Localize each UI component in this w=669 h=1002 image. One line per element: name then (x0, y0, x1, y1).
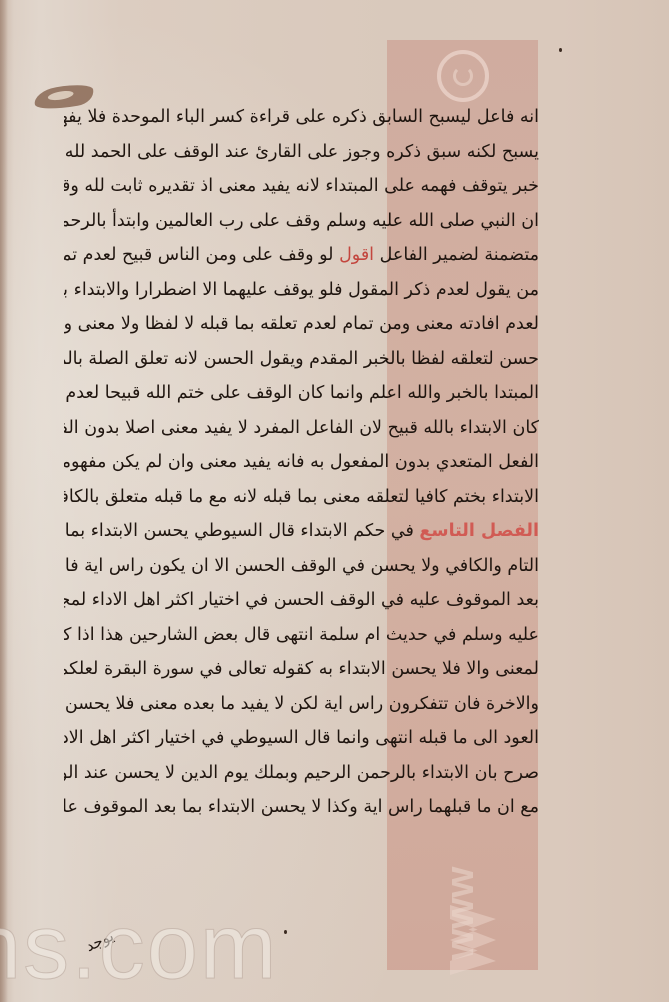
text-segment: لو وقف على ومن الناس قبيح لعدم تمام ذكر … (64, 245, 333, 265)
rubric-word: اقول (339, 245, 374, 265)
text-line: حسن لتعلقه لفظا بالخبر المقدم ويقول الحس… (64, 342, 539, 377)
manuscript-page: www انه فاعل ليسبح السابق ذكره على قراءة… (0, 0, 669, 1002)
text-line: كان الابتداء بالله قبيح لان الفاعل المفر… (64, 411, 539, 446)
watermark-domain-text: ns.com (0, 895, 279, 1000)
text-line: ان النبي صلى الله عليه وسلم وقف على رب ا… (64, 204, 539, 239)
manuscript-text-block: انه فاعل ليسبح السابق ذكره على قراءة كسر… (64, 100, 539, 825)
page-binding-edge (0, 0, 8, 1002)
text-line: خبر يتوقف فهمه على المبتداء لانه يفيد مع… (64, 169, 539, 204)
text-line: التام والكافي ولا يحسن في الوقف الحسن ال… (64, 549, 539, 584)
text-line: الفعل المتعدي بدون المفعول به فانه يفيد … (64, 445, 539, 480)
text-line: انه فاعل ليسبح السابق ذكره على قراءة كسر… (64, 100, 539, 135)
text-line: صرح بان الابتداء بالرحمن الرحيم وبملك يو… (64, 756, 539, 791)
text-line: والاخرة فان تتفكرون راس اية لكن لا يفيد … (64, 687, 539, 722)
section-heading: الفصل التاسع (419, 521, 539, 541)
text-line: المبتدا بالخبر والله اعلم وانما كان الوق… (64, 376, 539, 411)
text-line: يسبح لكنه سبق ذكره وجوز على القارئ عند ا… (64, 135, 539, 170)
text-line: الابتداء بختم كافيا لتعلقه معنى بما قبله… (64, 480, 539, 515)
ink-speck (284, 930, 287, 934)
text-line: الفصل التاسع في حكم الابتداء قال السيوطي… (64, 514, 539, 549)
text-line: من يقول لعدم ذكر المقول فلو يوقف عليهما … (64, 273, 539, 308)
text-line: بعد الموقوف عليه في الوقف الحسن في اختيا… (64, 583, 539, 618)
text-segment: صرح بان الابتداء بالرحمن الرحيم وبملك يو… (64, 763, 539, 783)
text-segment: في حكم الابتداء قال السيوطي يحسن الابتدا… (64, 521, 414, 541)
text-line: لعدم افادته معنى ومن تمام لعدم تعلقه بما… (64, 307, 539, 342)
ink-speck (559, 48, 562, 52)
text-line: مع ان ما قبلهما راس اية وكذا لا يحسن الا… (64, 790, 539, 825)
text-line: لمعنى والا فلا يحسن الابتداء به كقوله تع… (64, 652, 539, 687)
text-segment: متضمنة لضمير الفاعل (380, 245, 539, 265)
text-line: عليه وسلم في حديث ام سلمة انتهى قال بعض … (64, 618, 539, 653)
text-line: متضمنة لضمير الفاعل اقول لو وقف على ومن … (64, 238, 539, 273)
watermark-logo-icon (437, 50, 489, 102)
text-line: العود الى ما قبله انتهى وانما قال السيوط… (64, 721, 539, 756)
